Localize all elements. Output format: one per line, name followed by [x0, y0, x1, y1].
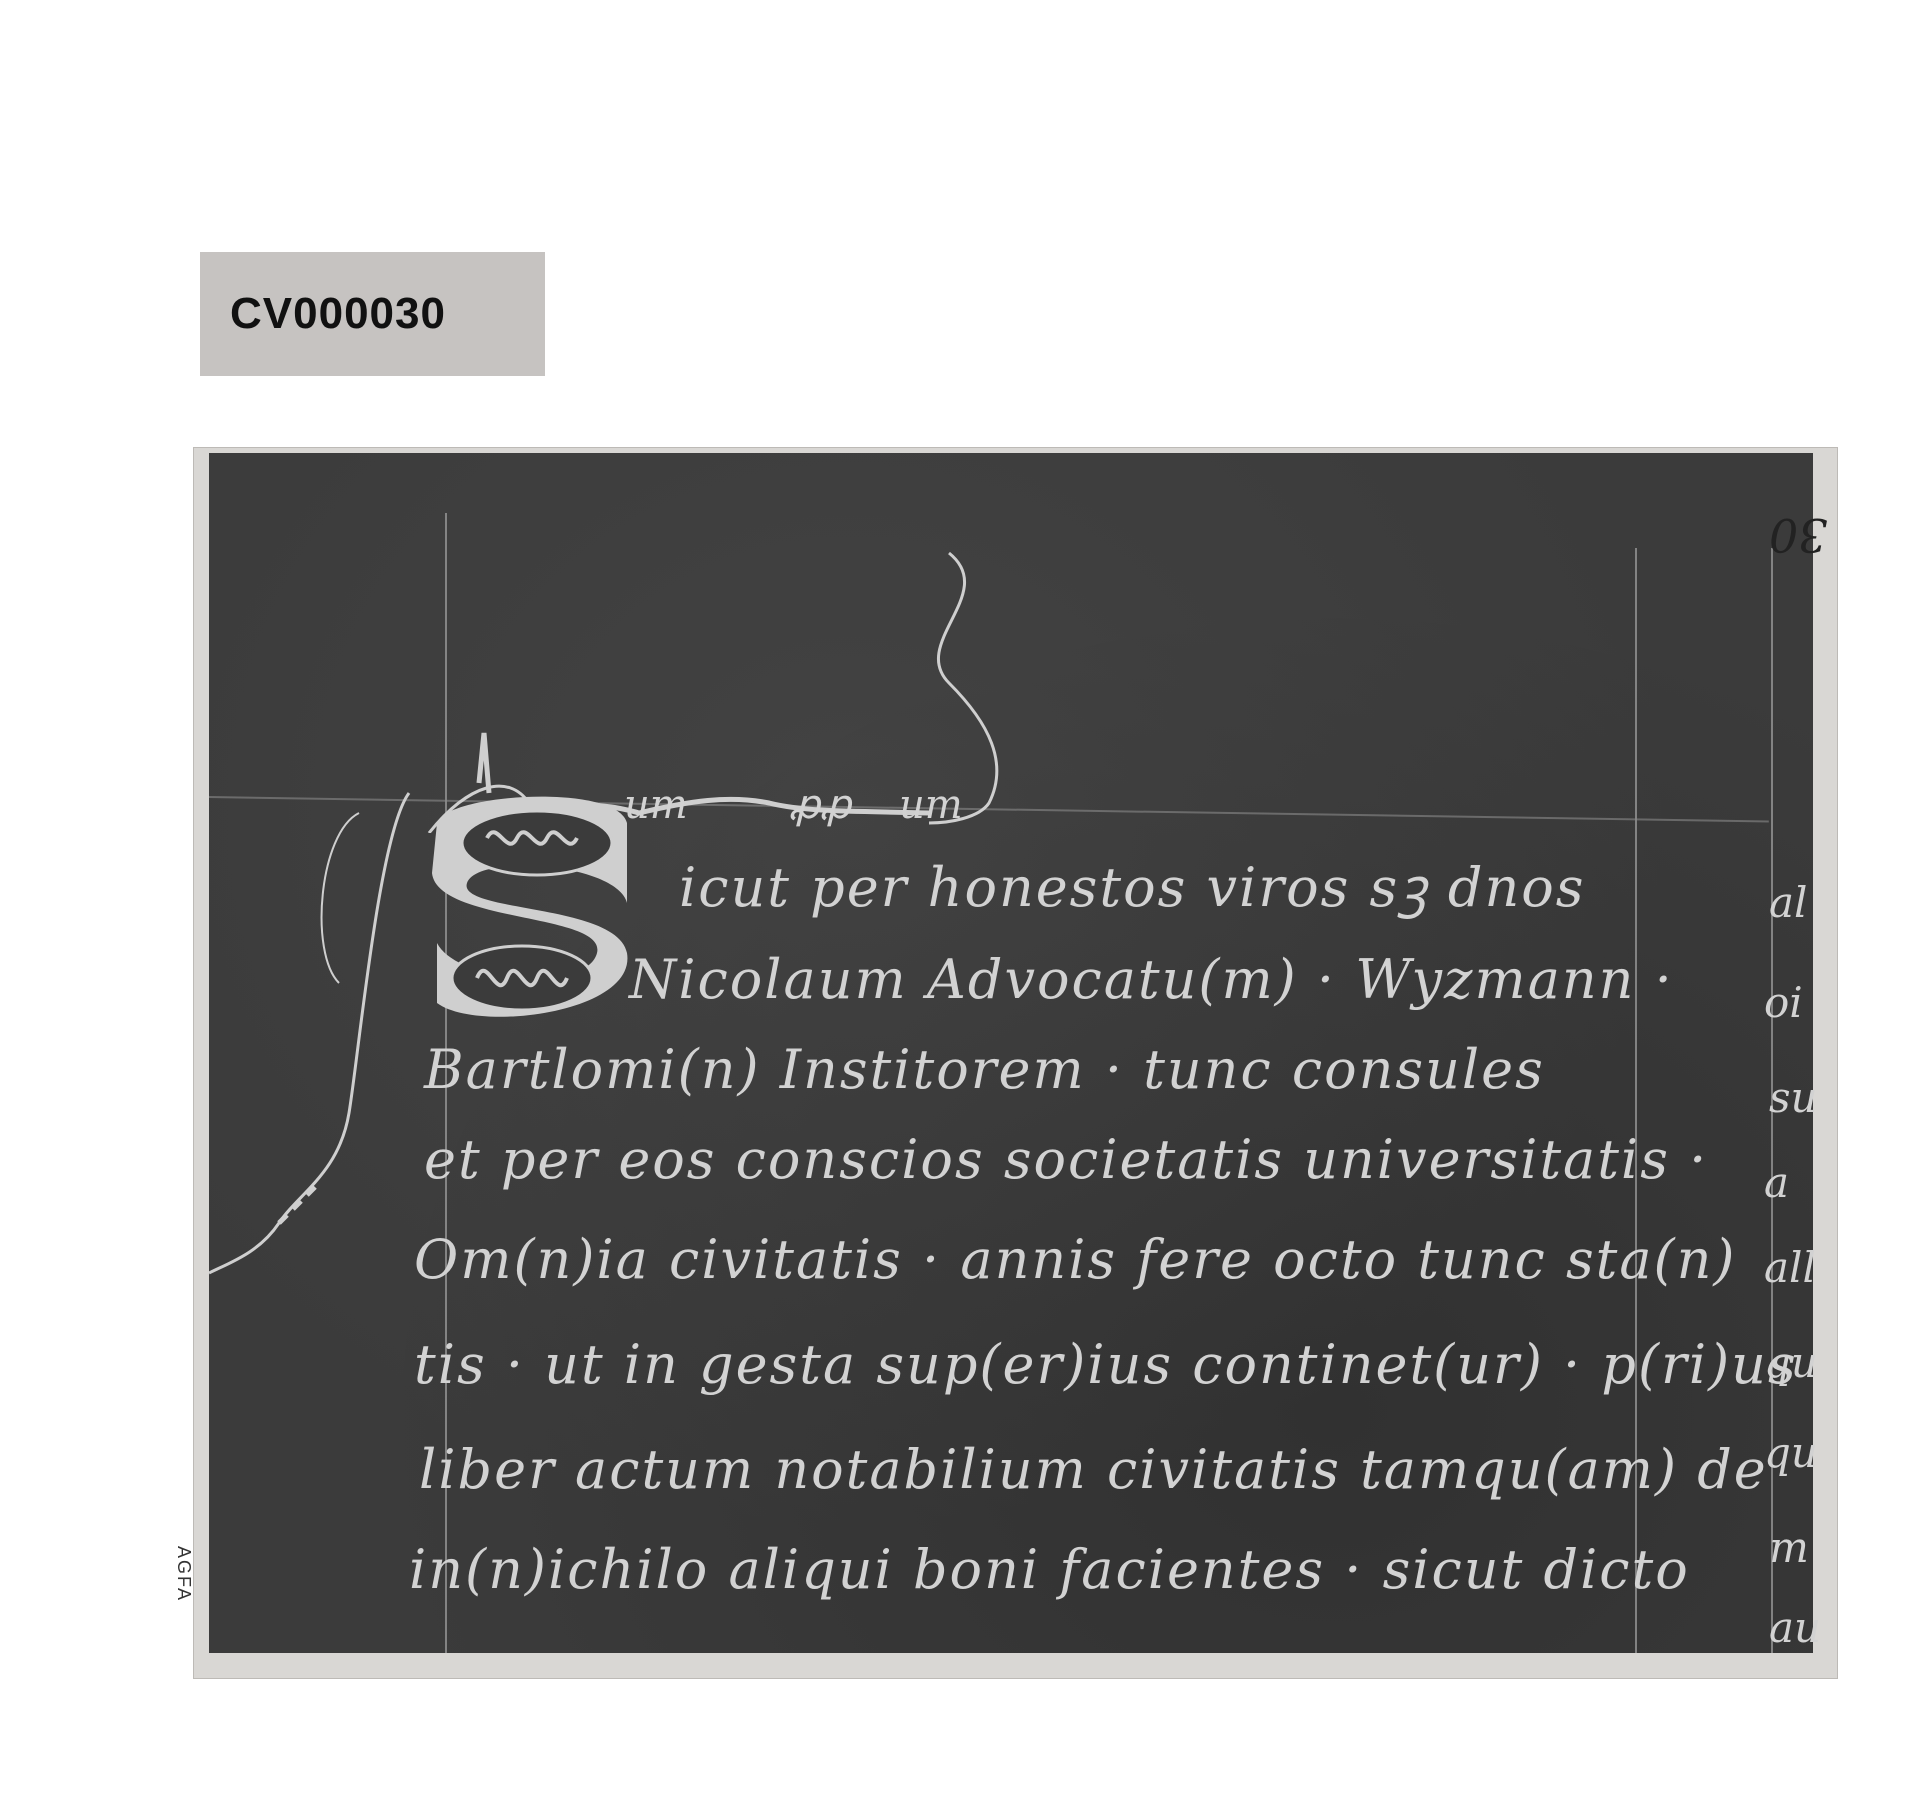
manuscript-line-3: Bartlomi(n) Institorem · tunc consules [424, 1038, 1545, 1101]
catalog-label: CV000030 [200, 252, 545, 376]
film-edge-mark: AGFA [173, 1546, 194, 1602]
manuscript-photograph: um ꝓꝓ um icut per honestos viros sꝫ dnos… [193, 447, 1838, 1679]
manuscript-line-8: in(n)ichilo aliqui boni facientes · sicu… [409, 1538, 1690, 1601]
catalog-id: CV000030 [230, 289, 446, 339]
svg-text:ꝓꝓ: ꝓꝓ [789, 782, 853, 828]
manuscript-line-2: Nicolaum Advocatu(m) · Wyzmann · [629, 948, 1674, 1011]
margin-word-1: al [1769, 878, 1807, 927]
margin-word-5: all [1764, 1243, 1816, 1292]
manuscript-line-1: icut per honestos viros sꝫ dnos [679, 848, 1586, 922]
margin-word-7: qu [1764, 1428, 1818, 1477]
manuscript-line-5: Om(n)ia civitatis · annis fere octo tunc… [414, 1228, 1736, 1291]
margin-word-2: oi [1764, 978, 1803, 1027]
margin-word-3: su [1769, 1073, 1818, 1122]
margin-word-6: qu [1764, 1338, 1818, 1387]
manuscript-line-4: et per eos conscios societatis universit… [424, 1128, 1708, 1191]
margin-word-8: m [1769, 1523, 1809, 1572]
margin-word-9: au [1769, 1603, 1821, 1652]
manuscript-line-6: tis · ut in gesta sup(er)ius continet(ur… [414, 1333, 1798, 1396]
folio-number: 30 [1769, 508, 1828, 562]
manuscript-line-7: liber actum notabilium civitatis tamqu(a… [419, 1438, 1768, 1501]
margin-word-4: a [1764, 1158, 1789, 1207]
svg-text:um: um [899, 782, 963, 828]
manuscript-plate: um ꝓꝓ um icut per honestos viros sꝫ dnos… [209, 453, 1813, 1653]
